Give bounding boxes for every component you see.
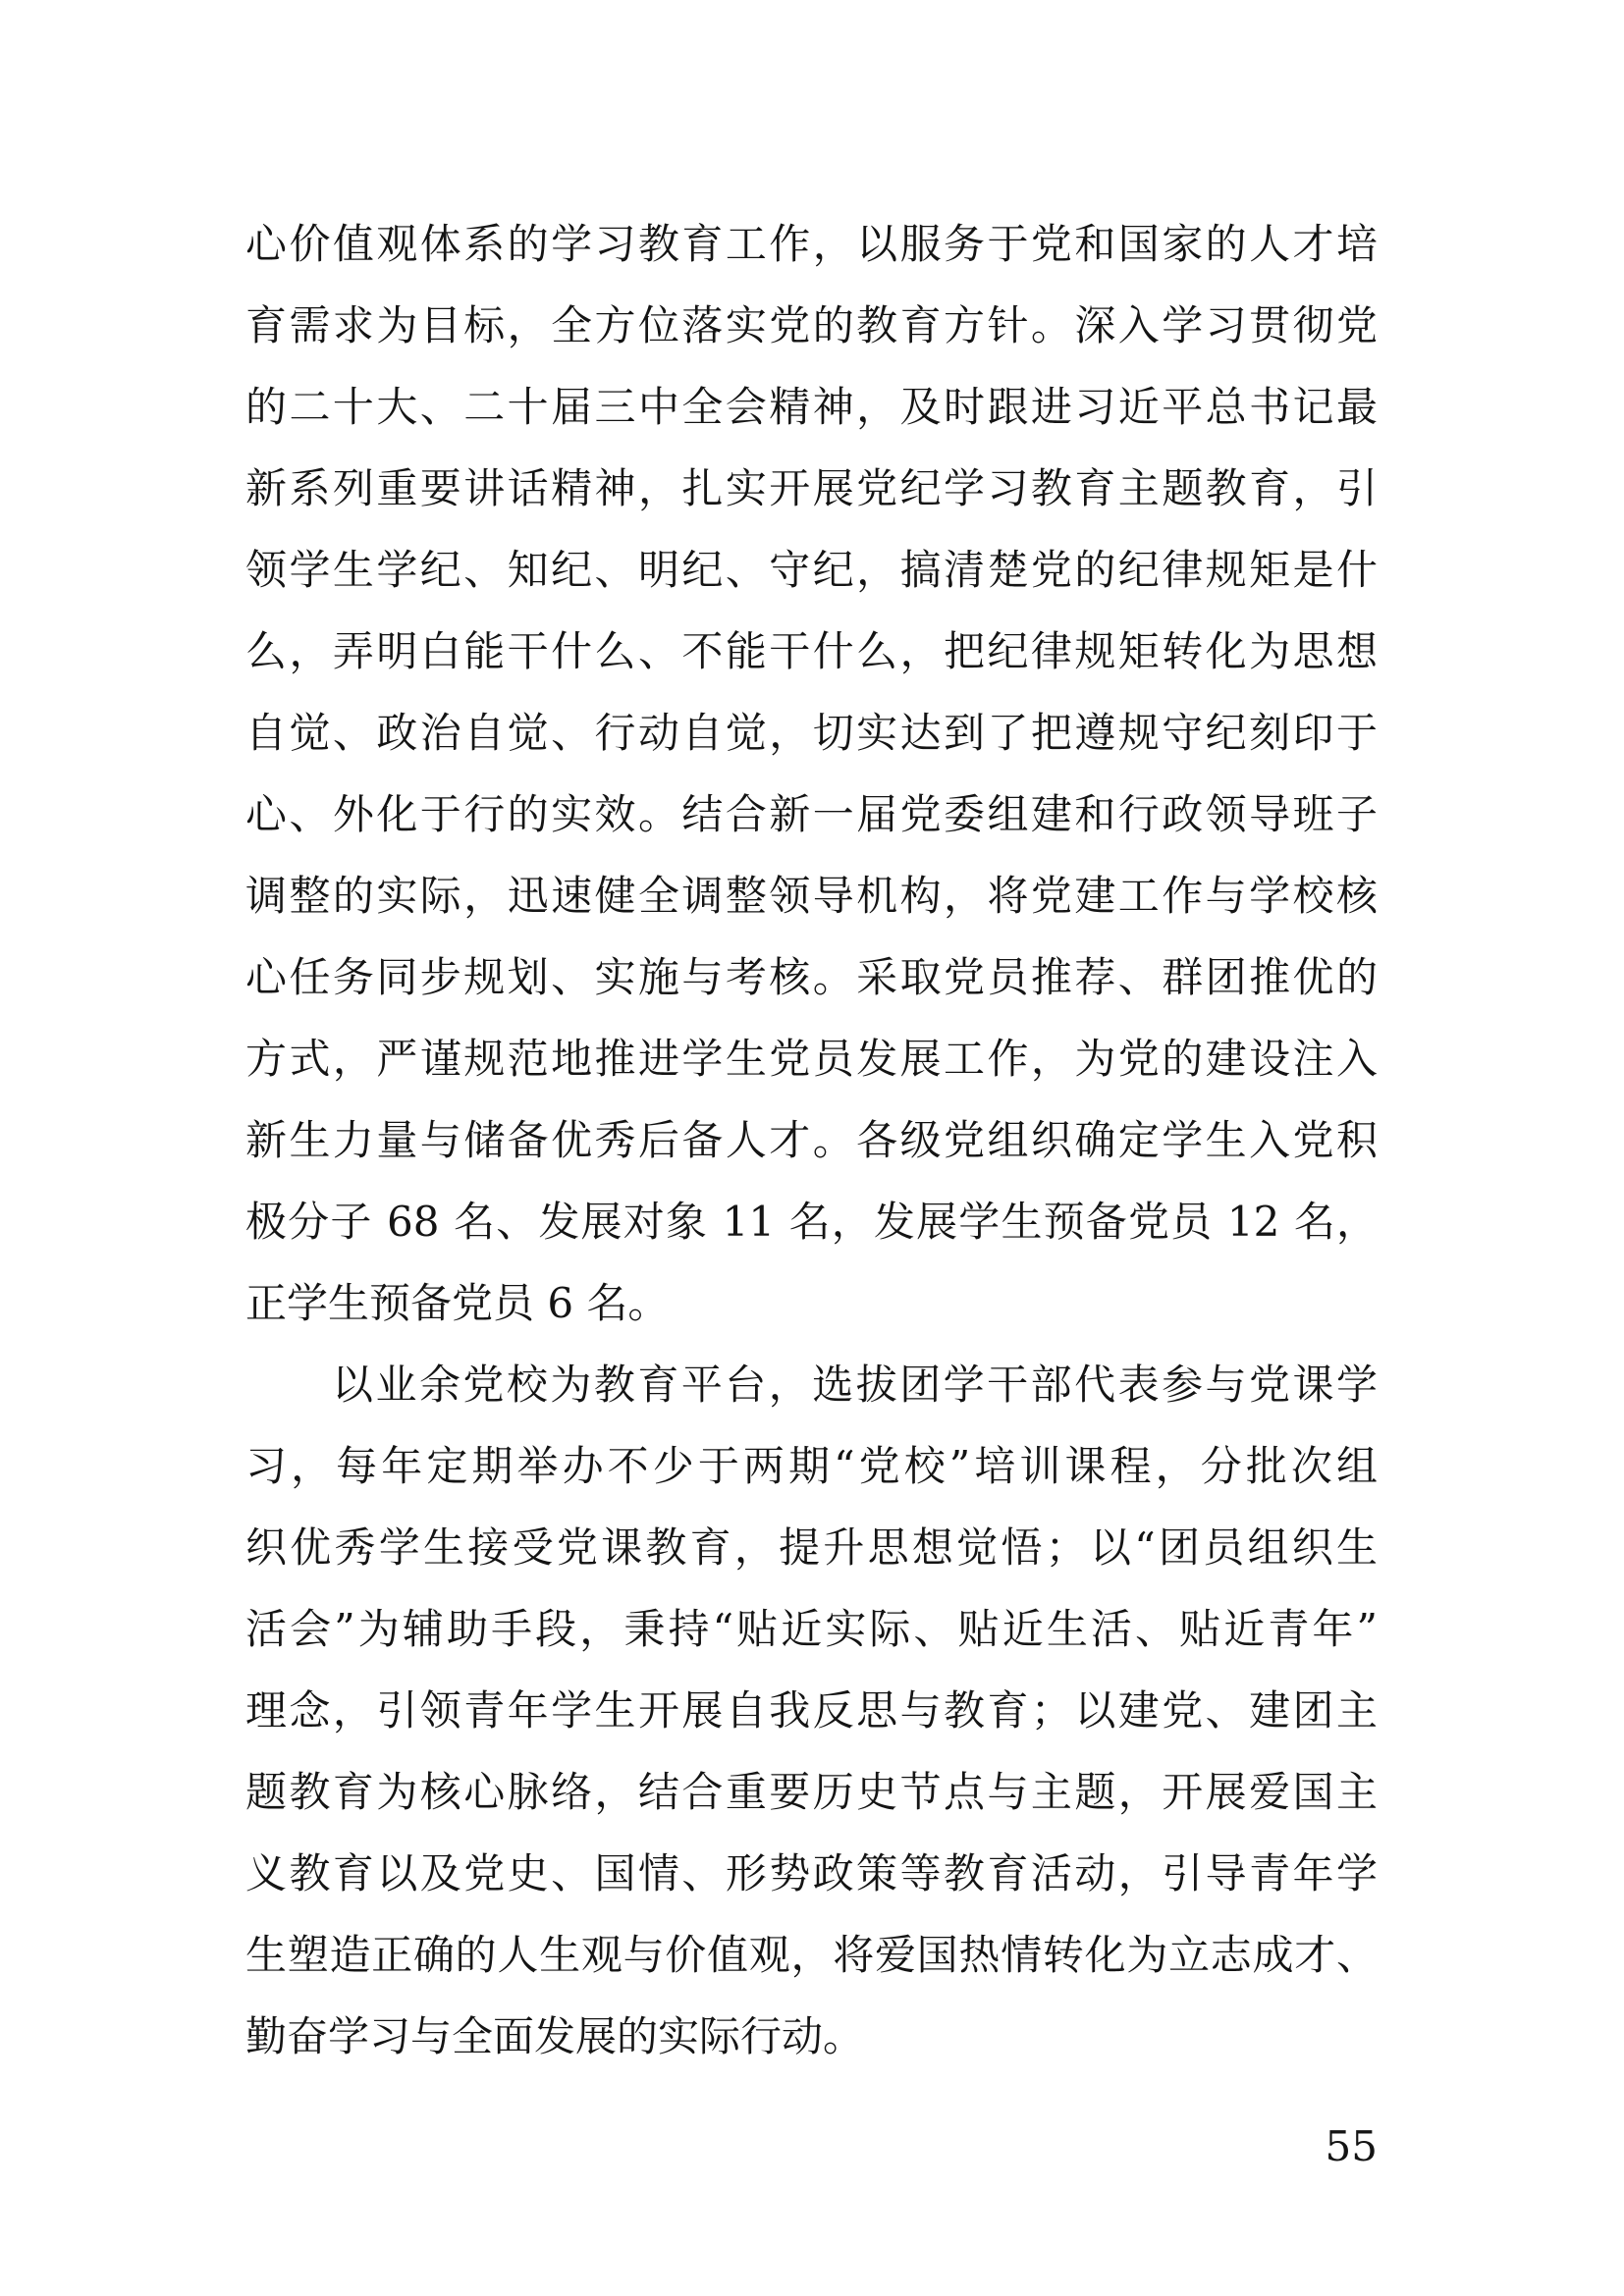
text-line: 调整的实际，迅速健全调整领导机构，将党建工作与学校核 [245, 855, 1378, 936]
text-line: 义教育以及党史、国情、形势政策等教育活动，引导青年学 [245, 1833, 1378, 1914]
text-line: 极分子 68 名、发展对象 11 名，发展学生预备党员 12 名，转 [245, 1181, 1378, 1262]
text-line: 活会”为辅助手段，秉持“贴近实际、贴近生活、贴近青年” [245, 1588, 1378, 1670]
text-line: 心、外化于行的实效。结合新一届党委组建和行政领导班子 [245, 774, 1378, 855]
text-line: 自觉、政治自觉、行动自觉，切实达到了把遵规守纪刻印于 [245, 692, 1378, 774]
text-line: 新生力量与储备优秀后备人才。各级党组织确定学生入党积 [245, 1099, 1378, 1181]
text-line: 心价值观体系的学习教育工作，以服务于党和国家的人才培 [245, 203, 1378, 285]
document-page: 心价值观体系的学习教育工作，以服务于党和国家的人才培 育需求为目标，全方位落实党… [0, 0, 1624, 2296]
text-line: 方式，严谨规范地推进学生党员发展工作，为党的建设注入 [245, 1018, 1378, 1099]
page-number: 55 [1326, 2122, 1378, 2170]
text-line: 心任务同步规划、实施与考核。采取党员推荐、群团推优的 [245, 936, 1378, 1018]
text-line: 育需求为目标，全方位落实党的教育方针。深入学习贯彻党 [245, 285, 1378, 366]
text-line: 习，每年定期举办不少于两期“党校”培训课程，分批次组 [245, 1425, 1378, 1507]
text-line: 生塑造正确的人生观与价值观，将爱国热情转化为立志成才、 [245, 1914, 1378, 1996]
text-line: 的二十大、二十届三中全会精神，及时跟进习近平总书记最 [245, 366, 1378, 448]
text-line: 以业余党校为教育平台，选拔团学干部代表参与党课学 [245, 1344, 1378, 1425]
page-footer: 55 [245, 2126, 1378, 2167]
body-text: 心价值观体系的学习教育工作，以服务于党和国家的人才培 育需求为目标，全方位落实党… [245, 203, 1378, 2077]
text-line: 新系列重要讲话精神，扎实开展党纪学习教育主题教育，引 [245, 448, 1378, 529]
text-line: 么，弄明白能干什么、不能干什么，把纪律规矩转化为思想 [245, 611, 1378, 692]
text-line: 勤奋学习与全面发展的实际行动。 [245, 1996, 1378, 2077]
text-line: 织优秀学生接受党课教育，提升思想觉悟；以“团员组织生 [245, 1507, 1378, 1588]
text-line: 题教育为核心脉络，结合重要历史节点与主题，开展爱国主 [245, 1751, 1378, 1833]
text-line: 正学生预备党员 6 名。 [245, 1262, 1378, 1344]
text-line: 理念，引领青年学生开展自我反思与教育；以建党、建团主 [245, 1670, 1378, 1751]
text-line: 领学生学纪、知纪、明纪、守纪，搞清楚党的纪律规矩是什 [245, 529, 1378, 611]
